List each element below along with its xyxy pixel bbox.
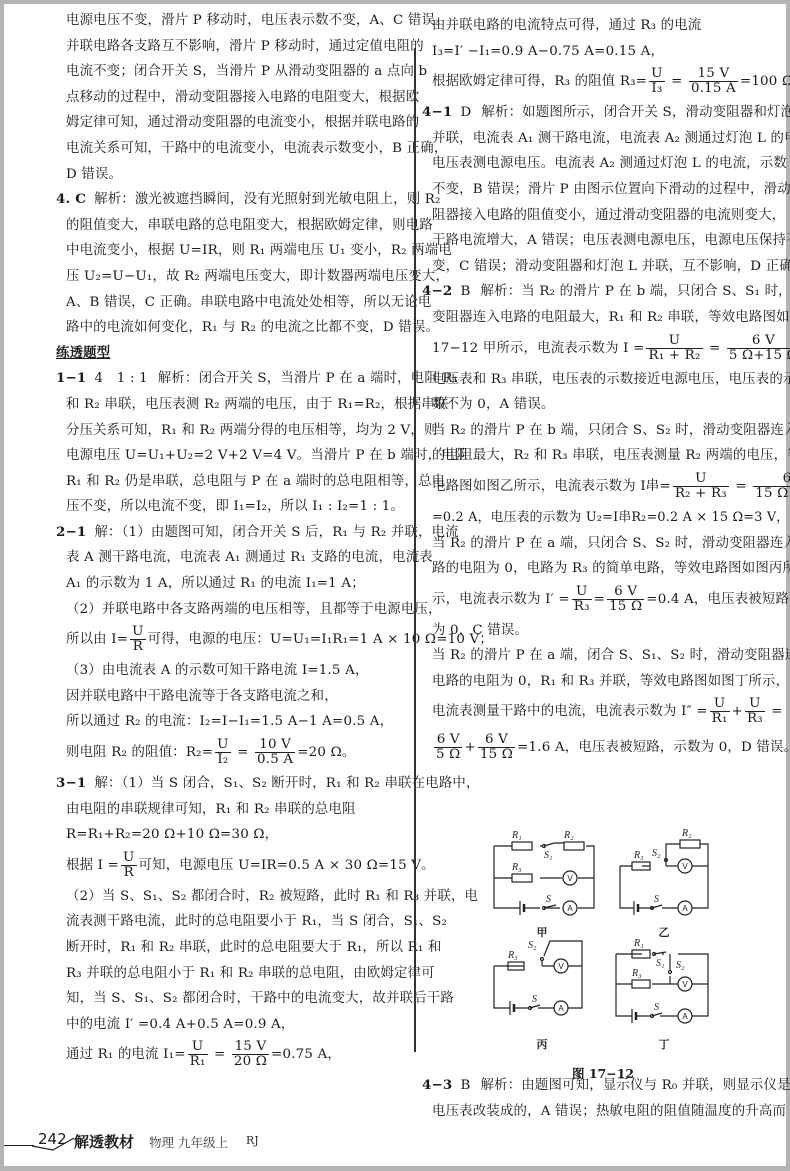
text-line: 干路电流增大，A 错误；电压表测电源电压，电源电压保持不 (432, 228, 766, 254)
text-line: 分压关系可知，R₁ 和 R₂ 两端分得的电压相等，均为 2 V，则 (66, 418, 400, 444)
numerator: 6 V (727, 334, 790, 349)
fraction: 10 V0.5 A (255, 738, 295, 767)
label-s1: S₁ (656, 958, 664, 969)
label-r3: R₃ (633, 850, 644, 861)
numerator: 6 V (478, 733, 515, 748)
fraction: 6 V15 Ω (478, 733, 515, 762)
formula-line: 电路图如图乙所示，电流表示数为 I串=UR₂ + R₃ = 6 V15 Ω+15… (432, 469, 766, 505)
text-fragment: =100 Ω。 (740, 74, 790, 89)
left-column: 电源电压不变，滑片 P 移动时，电压表示数不变，A、C 错误。 并联电路各支路互… (66, 8, 400, 1073)
formula-line: 17−12 甲所示，电流表示数为 I =UR₁ + R₂ = 6 V5 Ω+15… (432, 331, 766, 367)
panel-label-bing: 丙 (537, 1037, 548, 1051)
fraction: UR (121, 851, 137, 880)
text-fragment: =0.75 A， (271, 1047, 341, 1062)
numerator: 10 V (255, 738, 295, 753)
numerator: 15 V (232, 1040, 269, 1055)
text-line: 电压表和 R₃ 串联，电压表的示数接近电源电压，电压表的示 (432, 367, 766, 393)
text-fragment: 则电阻 R₂ 的阻值：R₂= (66, 745, 213, 760)
label-s: S (546, 894, 551, 905)
question-label: 4−1 (422, 104, 452, 120)
text-line: R₃ 并联的总电阻小于 R₁ 和 R₂ 串联的总电阻，由欧姆定律可 (66, 961, 400, 987)
answer-value: 4 1 : 1 (94, 371, 147, 386)
text-line: 中的电流 I′ =0.4 A+0.5 A=0.9 A， (66, 1012, 400, 1038)
circuit-figure: R₁ R₂ S₁ R₃ S R₂ R₃ S₂ S R₃ S₂ S R₁ S₁ R… (482, 816, 722, 1076)
label-s: S (654, 894, 659, 905)
denominator: R (130, 640, 146, 654)
answer-4-3: 4−3B解析：由题图可知，显示仪与 R₀ 并联，则显示仪是由 电压表改装成的，A… (432, 1073, 766, 1124)
text-line: R=R₁+R₂=20 Ω+10 Ω=30 Ω， (66, 822, 400, 848)
text-fragment: 根据 I = (66, 858, 119, 873)
text-line: 流表测干路电流，此时的总电阻要小于 R₁，当 S 闭合，S₁、S₂ (66, 909, 400, 935)
page-footer: 242 解透教材 物理 九年级上 RJ (4, 1130, 304, 1160)
formula-line: 则电阻 R₂ 的阻值：R₂=UI₂ = 10 V0.5 A=20 Ω。 (66, 735, 400, 771)
denominator: R₂ + R₃ (673, 487, 729, 501)
formula-line: 通过 R₁ 的电流 I₁=UR₁ = 15 V20 Ω=0.75 A， (66, 1037, 400, 1073)
text-fragment: 17−12 甲所示，电流表示数为 I = (432, 341, 644, 356)
text-line: （2）并联电路中各支路两端的电压相等，且都等于电源电压， (66, 597, 400, 623)
ammeter-label: A (682, 904, 688, 913)
fraction: UR₁ (710, 697, 730, 726)
answer-4-2: 4−2B解析：当 R₂ 的滑片 P 在 b 端，只闭合 S、S₁ 时，滑动 变阻… (432, 279, 766, 766)
answer-3-1: 3−1解：（1）当 S 闭合，S₁、S₂ 断开时，R₁ 和 R₂ 串联在电路中，… (66, 771, 400, 1073)
text-line: 压 U₂=U−U₁，故 R₂ 两端电压变大，即计数器两端电压变大， (66, 264, 400, 290)
text-fragment: =1.6 A，电压表被短路，示数为 0，D 错误。 (517, 740, 790, 755)
denominator: R₃ (745, 712, 765, 726)
denominator: R₁ (710, 712, 730, 726)
book-edition: RJ (246, 1134, 259, 1147)
text-line: （2）当 S、S₁、S₂ 都闭合时，R₂ 被短路，此时 R₁ 和 R₃ 并联，电 (66, 884, 400, 910)
formula-line: 示，电流表示数为 I′ =UR₃=6 V15 Ω=0.4 A，电压表被短路，示数 (432, 582, 766, 618)
text-line: 由并联电路的电流特点可得，通过 R₃ 的电流 (432, 13, 766, 39)
column-divider (414, 48, 416, 1052)
label-r3: R₃ (507, 950, 518, 961)
label-r1: R₁ (633, 938, 644, 949)
text-fragment: 电路图如图乙所示，电流表示数为 I串= (432, 479, 671, 494)
page-number: 242 (38, 1130, 67, 1148)
numerator: 6 V (753, 472, 790, 487)
text-line: 姆定律可知，通过滑动变阻器的电流变小，根据并联电路的 (66, 110, 400, 136)
answer-1-1: 1−14 1 : 1解析：闭合开关 S，当滑片 P 在 a 端时，电阻 R₁ 和… (66, 366, 400, 520)
label-s2: S₂ (528, 940, 537, 951)
ammeter-label: A (567, 904, 573, 913)
voltmeter-label: V (682, 862, 688, 871)
text-line: 并联电路各支路互不影响，滑片 P 移动时，通过定值电阻的 (66, 34, 400, 60)
fraction: UR₂ + R₃ (673, 472, 729, 501)
denominator: 15 Ω+15 Ω (753, 487, 790, 501)
question-label: 2−1 (56, 524, 86, 540)
denominator: I₃ (649, 82, 665, 96)
text-line: 解析：由题图可知，显示仪与 R₀ 并联，则显示仪是由 (481, 1078, 790, 1093)
denominator: 20 Ω (232, 1055, 269, 1069)
text-line: 由电阻的串联规律可知，R₁ 和 R₂ 串联的总电阻 (66, 797, 400, 823)
answer-value: B (460, 1078, 470, 1093)
label-r2: R₂ (681, 828, 692, 839)
numerator: U (130, 625, 146, 640)
answer-4-1: 4−1D解析：如题图所示，闭合开关 S，滑动变阻器和灯泡 L 并联，电流表 A₁… (432, 100, 766, 279)
label-r3: R₃ (631, 968, 642, 979)
text-line: 的阻值变大，串联电路的总电阻变大，根据欧姆定律，则电路 (66, 213, 400, 239)
text-line: （3）由电流表 A 的示数可知干路电流 I=1.5 A， (66, 658, 400, 684)
text-line: 电压表改装成的，A 错误；热敏电阻的阻值随温度的升高而 (432, 1099, 766, 1125)
fraction: UR (130, 625, 146, 654)
text-line: R₁ 和 R₂ 仍是串联，总电阻与 P 在 a 端时的总电阻相等，总电 (66, 469, 400, 495)
right-column: 由并联电路的电流特点可得，通过 R₃ 的电流 I₃=I′ −I₁=0.9 A−0… (432, 13, 766, 766)
text-line: 当 R₂ 的滑片 P 在 b 端，只闭合 S、S₂ 时，滑动变阻器连入电路 (432, 418, 766, 444)
denominator: R₁ (188, 1055, 208, 1069)
resistor-icon (512, 874, 532, 882)
denominator: R₁ + R₂ (646, 349, 702, 363)
text-line: 当 R₂ 的滑片 P 在 a 端，只闭合 S、S₂ 时，滑动变阻器连入电 (432, 531, 766, 557)
numerator: 6 V (607, 585, 644, 600)
numerator: U (572, 585, 592, 600)
text-line: 电压表测电源电压。电流表 A₂ 测通过灯泡 L 的电流，示数 (432, 151, 766, 177)
formula-line: 6 V5 Ω+6 V15 Ω=1.6 A，电压表被短路，示数为 0，D 错误。 (432, 730, 766, 766)
denominator: 0.5 A (255, 753, 295, 767)
denominator: R (121, 866, 137, 880)
text-fragment: 电流表测量干路中的电流，电流表示数为 I″ = (432, 704, 708, 719)
resistor-icon (564, 842, 584, 850)
fraction: 6 V5 Ω+15 Ω (727, 334, 790, 363)
question-label: 4−3 (422, 1077, 452, 1093)
text-line: 电源电压 U=U₁+U₂=2 V+2 V=4 V。当滑片 P 在 b 端时，电阻 (66, 443, 400, 469)
text-line: 阻器接入电路的阻值变小，通过滑动变阻器的电流则变大， (432, 203, 766, 229)
answer-value: B (460, 284, 470, 299)
denominator: 5 Ω+15 Ω (727, 349, 790, 363)
text-line: 路中的电流如何变化，R₁ 与 R₂ 的电流之比都不变，D 错误。 (66, 315, 400, 341)
text-line: 电源电压不变，滑片 P 移动时，电压表示数不变，A、C 错误。 (66, 8, 400, 34)
text-line: 电路的电阻为 0，R₁ 和 R₃ 并联，等效电路图如图丁所示， (432, 669, 766, 695)
answer-4: 4. C解析：激光被遮挡瞬间，没有光照射到光敏电阻上，则 R₂ 的阻值变大，串联… (66, 187, 400, 341)
label-s2: S₂ (652, 848, 661, 859)
label-s1: S₁ (544, 850, 552, 861)
text-fragment: 示，电流表示数为 I′ = (432, 592, 570, 607)
ammeter-label: A (558, 1004, 564, 1013)
question-label: 4. C (56, 191, 86, 207)
book-page: 电源电压不变，滑片 P 移动时，电压表示数不变，A、C 错误。 并联电路各支路互… (4, 4, 786, 1166)
numerator: U (646, 334, 702, 349)
label-r1: R₁ (511, 830, 522, 841)
text-fragment: 通过 R₁ 的电流 I₁= (66, 1047, 186, 1062)
voltmeter-label: V (682, 980, 688, 989)
text-line: =0.2 A，电压表的示数为 U₂=I串R₂=0.2 A × 15 Ω=3 V，… (432, 505, 766, 531)
text-fragment: =0.4 A，电压表被短路，示数 (646, 592, 790, 607)
denominator: R₃ (572, 600, 592, 614)
text-fragment: 所以由 I= (66, 632, 128, 647)
fraction: 6 V15 Ω (607, 585, 644, 614)
text-line: I₃=I′ −I₁=0.9 A−0.75 A=0.15 A， (432, 39, 766, 65)
text-line: 压不变，所以电流不变，即 I₁=I₂，所以 I₁ : I₂=1 : 1。 (66, 494, 400, 520)
numerator: U (673, 472, 729, 487)
text-line: 中电流变小，根据 U=IR，则 R₁ 两端电压 U₁ 变小，R₂ 两端电 (66, 238, 400, 264)
question-label: 3−1 (56, 775, 86, 791)
fraction: UR₃ (572, 585, 592, 614)
fraction: UI₃ (649, 67, 665, 96)
question-label: 1−1 (56, 370, 86, 386)
formula-line: 所以由 I=UR可得，电源的电压：U=U₁=I₁R₁=1 A × 10 Ω=10… (66, 622, 400, 658)
panel-label-jia: 甲 (537, 926, 548, 939)
panel-label-yi: 乙 (659, 926, 670, 939)
voltmeter-label: V (567, 874, 573, 883)
text-line: 变，C 错误；滑动变阻器和灯泡 L 并联，互不影响，D 正确。 (432, 254, 766, 280)
text-line: 路的电阻为 0，电路为 R₃ 的简单电路，等效电路图如图丙所 (432, 556, 766, 582)
fraction: UI₂ (215, 738, 231, 767)
text-line: 知，当 S、S₁、S₂ 都闭合时，干路中的电流变大，故并联后干路 (66, 986, 400, 1012)
book-brand: 解透教材 (74, 1131, 134, 1152)
text-line: A₁ 的示数为 1 A，所以通过 R₁ 的电流 I₁=1 A； (66, 571, 400, 597)
text-line: 表 A 测干路电流，电流表 A₁ 测通过 R₁ 支路的电流，电流表 (66, 545, 400, 571)
text-line: D 错误。 (66, 162, 400, 188)
resistor-icon (512, 842, 532, 850)
fraction: 6 V5 Ω (434, 733, 462, 762)
formula-line: 电流表测量干路中的电流，电流表示数为 I″ =UR₁+UR₃ = (432, 694, 766, 730)
formula-line: 根据欧姆定律可得，R₃ 的阻值 R₃=UI₃ = 15 V0.15 A=100 … (432, 64, 766, 100)
text-line: 解：（1）由题图可知，闭合开关 S 后，R₁ 与 R₂ 并联，电流 (94, 525, 458, 540)
text-line: 解：（1）当 S 闭合，S₁、S₂ 断开时，R₁ 和 R₂ 串联在电路中， (94, 776, 479, 791)
text-line: 解析：如题图所示，闭合开关 S，滑动变阻器和灯泡 L (481, 105, 790, 120)
denominator: 15 Ω (478, 748, 515, 762)
formula-line: 根据 I =UR可知，电源电压 U=IR=0.5 A × 30 Ω=15 V。 (66, 848, 400, 884)
voltmeter-label: V (558, 962, 564, 971)
numerator: U (710, 697, 730, 712)
fraction: UR₁ + R₂ (646, 334, 702, 363)
numerator: U (121, 851, 137, 866)
fraction: 15 V20 Ω (232, 1040, 269, 1069)
panel-label-ding: 丁 (659, 1038, 670, 1051)
answer-2-1: 2−1解：（1）由题图可知，闭合开关 S 后，R₁ 与 R₂ 并联，电流 表 A… (66, 520, 400, 771)
fraction: 15 V0.15 A (689, 67, 738, 96)
denominator: 5 Ω (434, 748, 462, 762)
numerator: U (649, 67, 665, 82)
label-r3: R₃ (511, 862, 522, 873)
text-line: 数不为 0，A 错误。 (432, 392, 766, 418)
denominator: 0.15 A (689, 82, 738, 96)
text-line: 为 0，C 错误。 (432, 618, 766, 644)
text-fragment: =20 Ω。 (297, 745, 355, 760)
fraction: UR₁ (188, 1040, 208, 1069)
fraction: UR₃ (745, 697, 765, 726)
label-s2: S₂ (676, 960, 685, 971)
text-line: A、B 错误，C 正确。串联电路中电流处处相等，所以无论电 (66, 290, 400, 316)
label-s: S (532, 994, 537, 1005)
text-line: 的电阻最大，R₂ 和 R₃ 串联，电压表测量 R₂ 两端的电压，等效 (432, 443, 766, 469)
denominator: 15 Ω (607, 600, 644, 614)
text-line: 并联，电流表 A₁ 测干路电流，电流表 A₂ 测通过灯泡 L 的电流， (432, 126, 766, 152)
text-line: 所以通过 R₂ 的电流：I₂=I−I₁=1.5 A−1 A=0.5 A， (66, 709, 400, 735)
label-s: S (654, 1002, 659, 1013)
numerator: 6 V (434, 733, 462, 748)
numerator: U (188, 1040, 208, 1055)
numerator: U (215, 738, 231, 753)
text-line: 电流不变；闭合开关 S，当滑片 P 从滑动变阻器的 a 点向 b (66, 59, 400, 85)
text-line: 解析：激光被遮挡瞬间，没有光照射到光敏电阻上，则 R₂ (94, 192, 440, 207)
text-fragment: 可知，电源电压 U=IR=0.5 A × 30 Ω=15 V。 (139, 858, 435, 873)
book-subtitle: 物理 九年级上 (149, 1133, 228, 1151)
answer-value: D (460, 105, 471, 120)
question-label: 4−2 (422, 283, 452, 299)
text-line: 电流关系可知，干路中的电流变小，电流表示数变小，B 正确， (66, 136, 400, 162)
text-line: 不变，B 错误；滑片 P 由图示位置向下滑动的过程中，滑动变 (432, 177, 766, 203)
numerator: U (745, 697, 765, 712)
denominator: I₂ (215, 753, 231, 767)
text-line: 因并联电路中干路电流等于各支路电流之和， (66, 684, 400, 710)
text-line: 当 R₂ 的滑片 P 在 a 端，闭合 S、S₁、S₂ 时，滑动变阻器连入 (432, 643, 766, 669)
text-line: 点移动的过程中，滑动变阻器接入电路的电阻变大，根据欧 (66, 85, 400, 111)
fraction: 6 V15 Ω+15 Ω (753, 472, 790, 501)
text-line: 断开时，R₁ 和 R₂ 串联，此时的总电阻要大于 R₁，所以 R₁ 和 (66, 935, 400, 961)
text-line: 解析：当 R₂ 的滑片 P 在 b 端，只闭合 S、S₁ 时，滑动 (481, 284, 790, 299)
text-fragment: 根据欧姆定律可得，R₃ 的阻值 R₃= (432, 74, 647, 89)
numerator: 15 V (689, 67, 738, 82)
text-line: 和 R₂ 串联，电压表测 R₂ 两端的电压，由于 R₁=R₂，根据串联 (66, 392, 400, 418)
text-line: 变阻器连入电路的电阻最大，R₁ 和 R₂ 串联，等效电路图如图 (432, 305, 766, 331)
ammeter-label: A (682, 1012, 688, 1021)
label-r2: R₂ (563, 830, 574, 841)
section-title: 练透题型 (56, 341, 400, 367)
